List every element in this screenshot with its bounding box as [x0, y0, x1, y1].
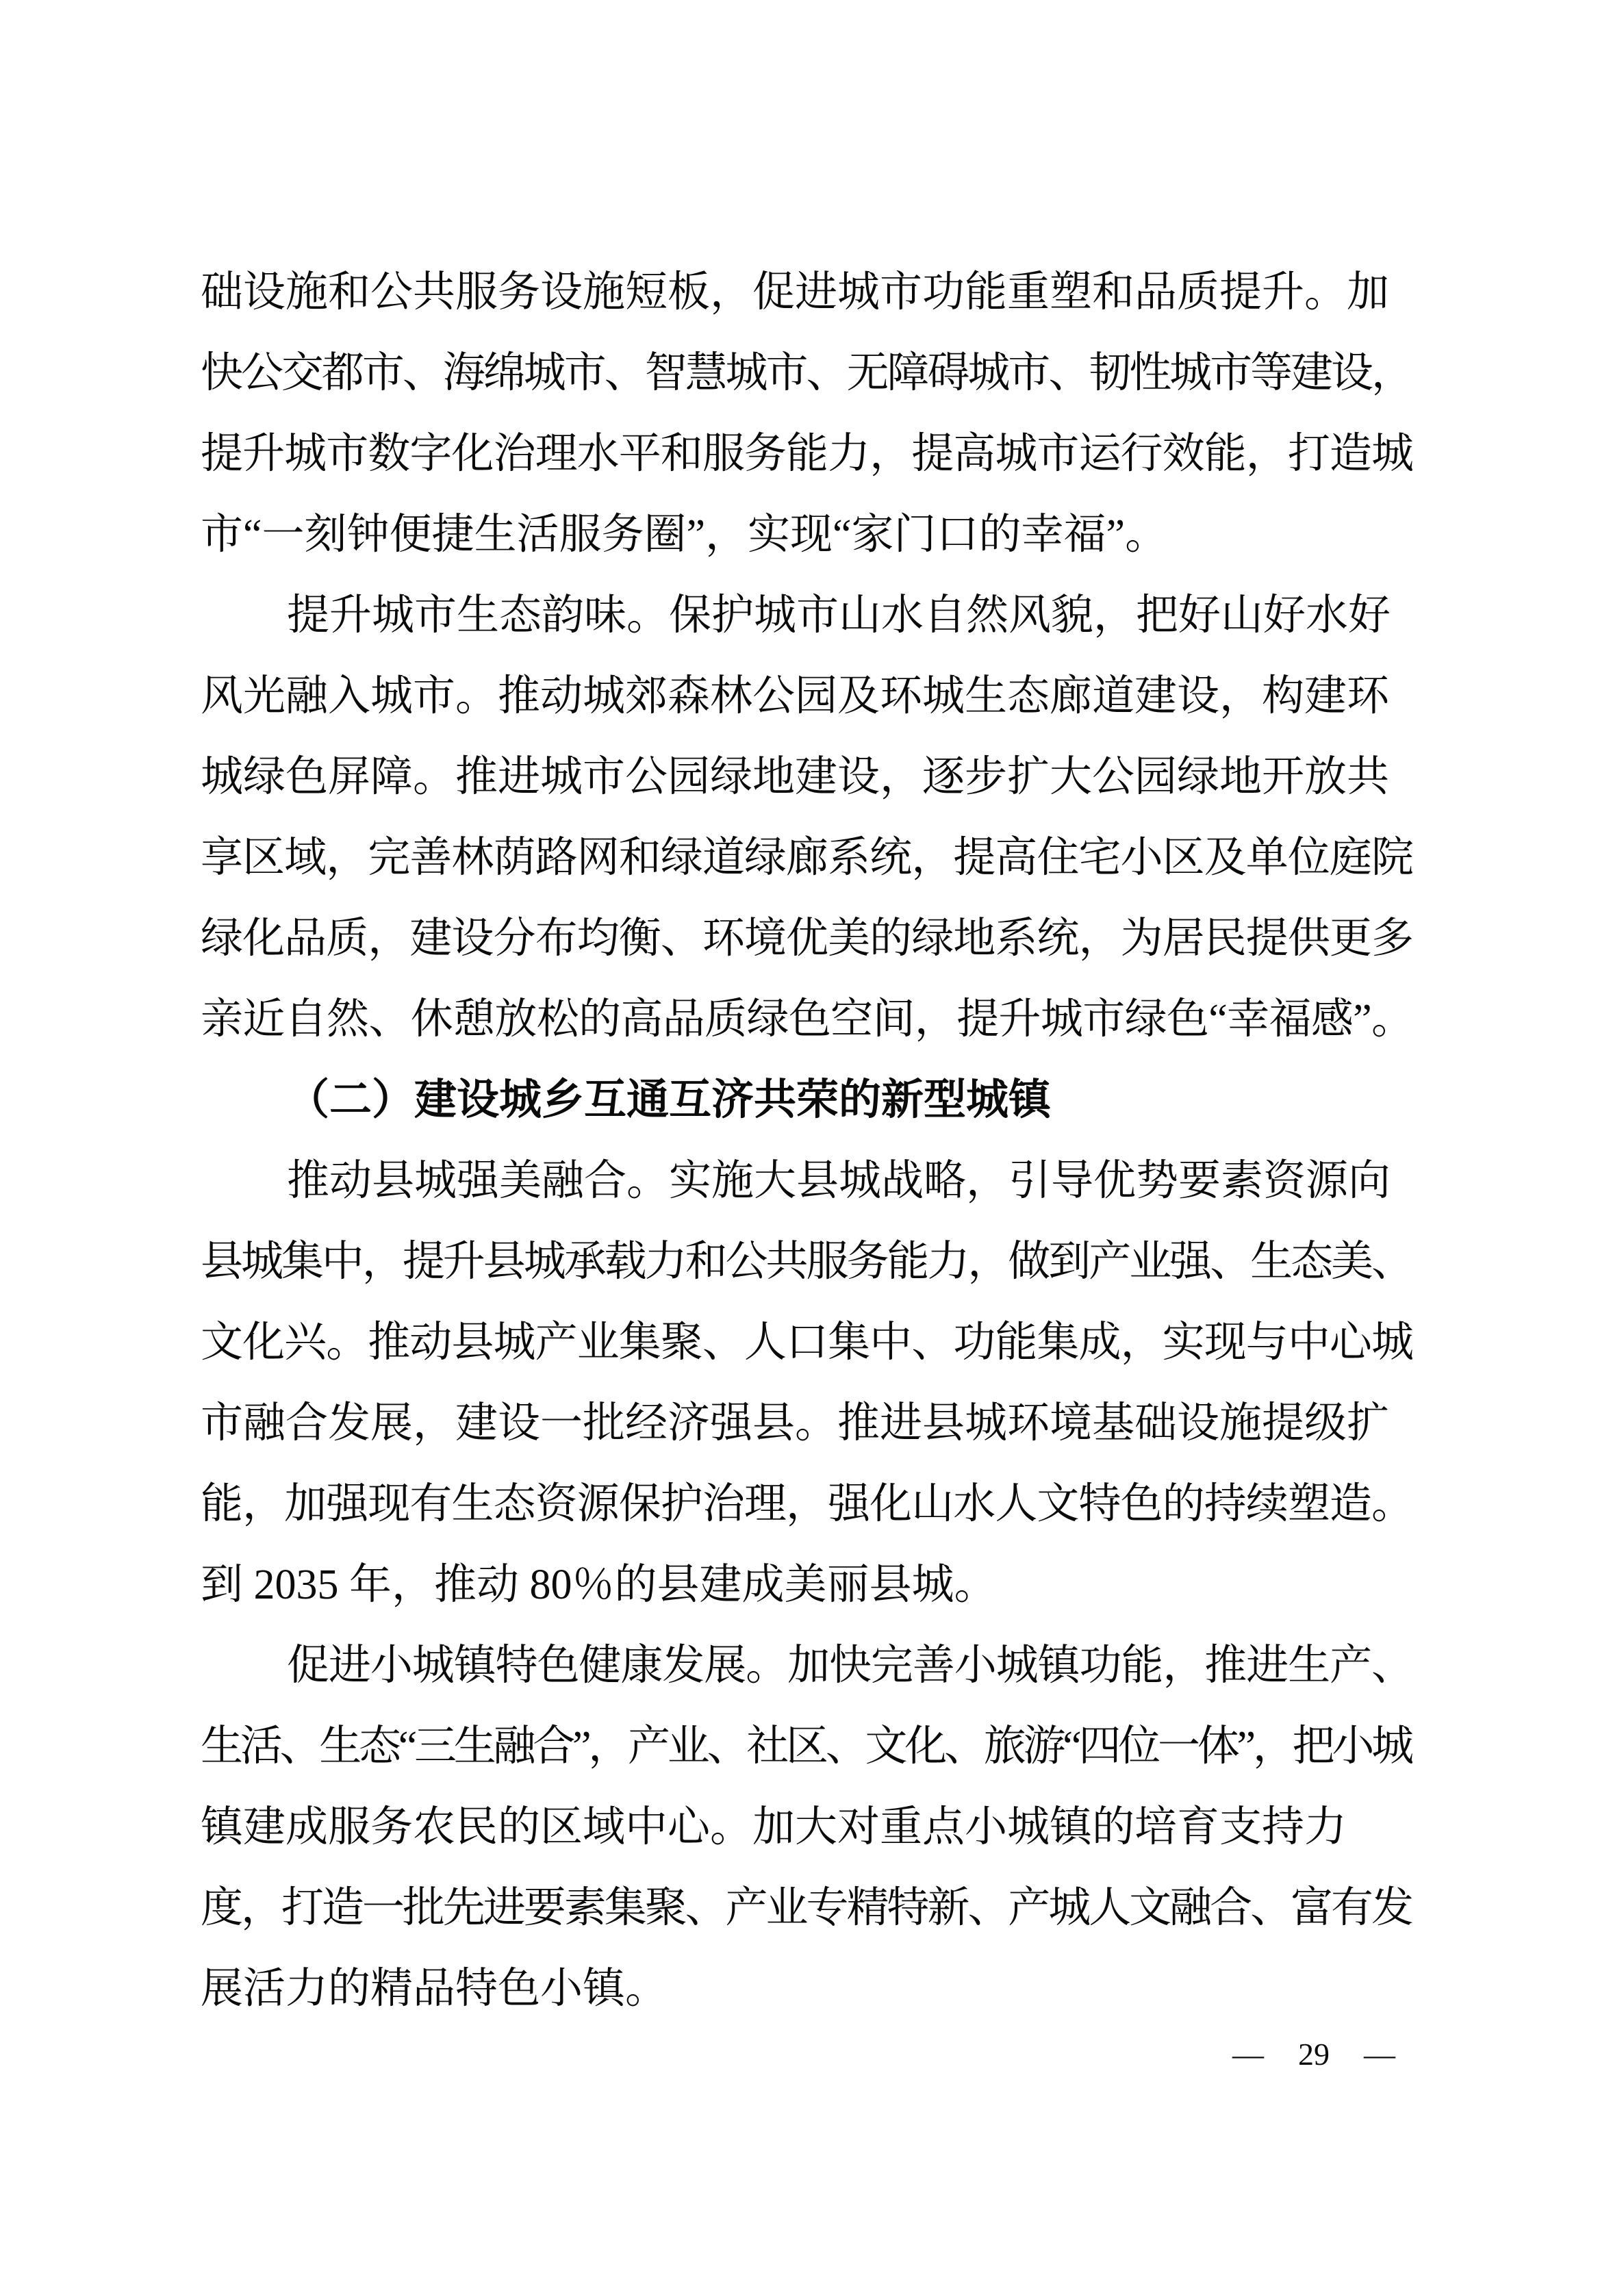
text-line: 快公交都市、海绵城市、智慧城市、无障碍城市、韧性城市等建设，	[201, 333, 1414, 414]
text-line: 础设施和公共服务设施短板，促进城市功能重塑和品质提升。加	[201, 252, 1414, 333]
page-footer: — 29 —	[1232, 2028, 1395, 2080]
footer-dash-right: —	[1364, 2036, 1395, 2072]
text-line: 展活力的精品特色小镇。	[201, 1948, 1414, 2029]
text-line: 生活、生态“三生融合”，产业、社区、文化、旅游“四位一体”，把小城	[201, 1706, 1414, 1787]
text-line: 亲近自然、休憩放松的高品质绿色空间，提升城市绿色“幸福感”。	[201, 979, 1414, 1060]
text-line: 绿化品质，建设分布均衡、环境优美的绿地系统，为居民提供更多	[201, 898, 1414, 979]
text-line: 享区域，完善林荫路网和绿道绿廊系统，提高住宅小区及单位庭院	[201, 817, 1414, 898]
text-line: 提升城市数字化治理水平和服务能力，提高城市运行效能，打造城	[201, 414, 1414, 494]
page-number: 29	[1298, 2036, 1330, 2072]
text-line: 市“一刻钟便捷生活服务圈”，实现“家门口的幸福”。	[201, 494, 1414, 575]
footer-dash-left: —	[1232, 2036, 1264, 2072]
text-line: 县城集中，提升县城承载力和公共服务能力，做到产业强、生态美、	[201, 1221, 1414, 1302]
text-line: 镇建成服务农民的区域中心。加大对重点小城镇的培育支持力	[201, 1787, 1414, 1868]
text-line: 提升城市生态韵味。保护城市山水自然风貌，把好山好水好	[201, 575, 1414, 656]
text-line: 文化兴。推动县城产业集聚、人口集中、功能集成，实现与中心城	[201, 1302, 1414, 1383]
text-line: 度，打造一批先进要素集聚、产业专精特新、产城人文融合、富有发	[201, 1868, 1414, 1948]
text-line: 能，加强现有生态资源保护治理，强化山水人文特色的持续塑造。	[201, 1464, 1414, 1544]
text-block: 础设施和公共服务设施短板，促进城市功能重塑和品质提升。加快公交都市、海绵城市、智…	[201, 252, 1414, 2029]
section-heading: （二）建设城乡互通互济共荣的新型城镇	[201, 1060, 1414, 1141]
text-line: 城绿色屏障。推进城市公园绿地建设，逐步扩大公园绿地开放共	[201, 737, 1414, 817]
text-line: 风光融入城市。推动城郊森林公园及环城生态廊道建设，构建环	[201, 656, 1414, 737]
text-line: 推动县城强美融合。实施大县城战略，引导优势要素资源向	[201, 1141, 1414, 1221]
text-line: 促进小城镇特色健康发展。加快完善小城镇功能，推进生产、	[201, 1625, 1414, 1706]
text-line: 市融合发展，建设一批经济强县。推进县城环境基础设施提级扩	[201, 1383, 1414, 1464]
document-page: 础设施和公共服务设施短板，促进城市功能重塑和品质提升。加快公交都市、海绵城市、智…	[0, 0, 1624, 2277]
text-line: 到 2035 年，推动 80％的县建成美丽县城。	[201, 1544, 1414, 1625]
